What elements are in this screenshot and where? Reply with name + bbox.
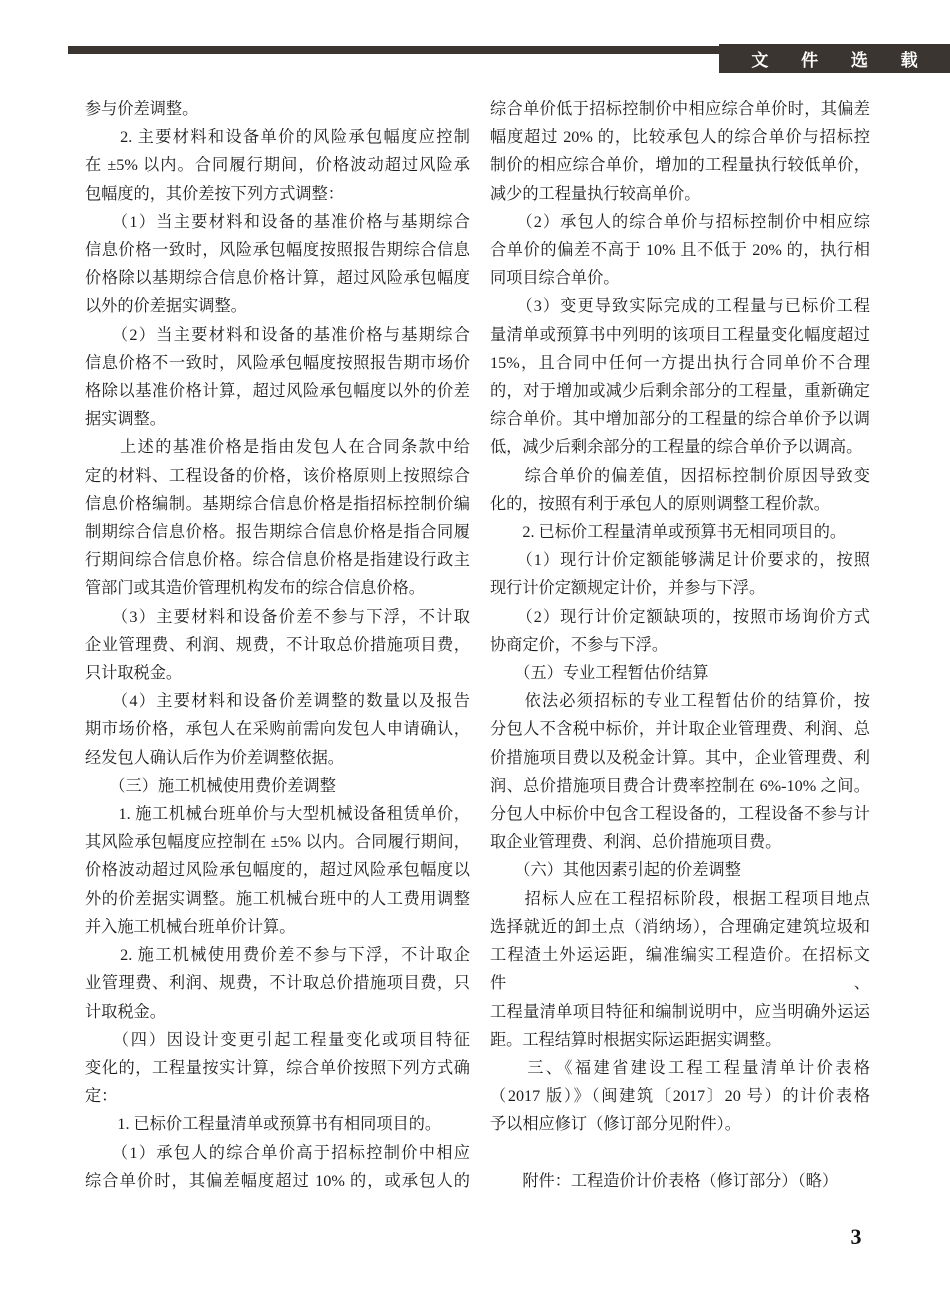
text-line: 工程渣土外运运距，编准编实工程造价。在招标文件、 [490,941,870,997]
text-line: 业管理费、利润、规费，不计取总价措施项目费，只 [85,969,470,997]
text-line: 并入施工机械台班单价计算。 [85,913,470,941]
text-line: 综合单价的偏差值，因招标控制价原因导致变 [490,462,870,490]
text-line: 据实调整。 [85,405,470,433]
text-line: （1）当主要材料和设备的基准价格与基期综合 [85,208,470,236]
text-line: 减少的工程量执行较高单价。 [490,180,870,208]
text-line: 低，减少后剩余部分的工程量的综合单价予以调高。 [490,433,870,461]
text-line: 附件：工程造价计价表格（修订部分）（略） [490,1167,870,1195]
text-line: 分包人中标价中包含工程设备的，工程设备不参与计 [490,800,870,828]
text-line: 合单价的偏差不高于 10% 且不低于 20% 的，执行相 [490,236,870,264]
text-line: 距。工程结算时根据实际运距据实调整。 [490,1026,870,1054]
text-line: （2）现行计价定额缺项的，按照市场询价方式 [490,603,870,631]
text-line: 予以相应修订（修订部分见附件）。 [490,1110,870,1138]
text-line: 变化的，工程量按实计算，综合单价按照下列方式确 [85,1054,470,1082]
text-line: 现行计价定额规定计价，并参与下浮。 [490,574,870,602]
text-line: 定的材料、工程设备的价格，该价格原则上按照综合 [85,462,470,490]
text-line: 包幅度的，其价差按下列方式调整： [85,180,470,208]
text-line: （2017 版）》（闽建筑〔2017〕20 号）的计价表格 [490,1082,870,1110]
text-line: 化的，按照有利于承包人的原则调整工程价款。 [490,490,870,518]
text-line: 信息价格编制。基期综合信息价格是指招标控制价编 [85,490,470,518]
text-line: 综合单价时，其偏差幅度超过 10% 的，或承包人的 [85,1167,470,1195]
text-line: 企业管理费、利润、规费，不计取总价措施项目费， [85,631,470,659]
text-line: （六）其他因素引起的价差调整 [490,856,870,884]
text-line: 工程量清单项目特征和编制说明中，应当明确外运运 [490,998,870,1026]
text-line: （2）当主要材料和设备的基准价格与基期综合 [85,321,470,349]
text-line: 信息价格不一致时，风险承包幅度按照报告期市场价 [85,349,470,377]
left-text-column: 参与价差调整。 2. 主要材料和设备单价的风险承包幅度应控制在 ±5% 以内。合… [85,95,470,1195]
text-line [490,1139,870,1167]
text-line: 定： [85,1082,470,1110]
text-line: 制期综合信息价格。报告期综合信息价格是指合同履 [85,518,470,546]
text-line: 1. 已标价工程量清单或预算书有相同项目的。 [85,1110,470,1138]
text-line: （1）承包人的综合单价高于招标控制价中相应 [85,1139,470,1167]
text-line: 依法必须招标的专业工程暂估价的结算价，按 [490,687,870,715]
text-line: （1）现行计价定额能够满足计价要求的，按照 [490,546,870,574]
header-section-label: 文 件 选 载 [751,46,931,71]
text-line: 综合单价。其中增加部分的工程量的综合单价予以调 [490,405,870,433]
text-line: 的，对于增加或减少后剩余部分的工程量，重新确定 [490,377,870,405]
text-line: 计取税金。 [85,998,470,1026]
text-line: 格除以基准价格计算，超过风险承包幅度以外的价差 [85,377,470,405]
text-line: （2）承包人的综合单价与招标控制价中相应综 [490,208,870,236]
text-line: 综合单价低于招标控制价中相应综合单价时，其偏差 [490,95,870,123]
text-line: 只计取税金。 [85,659,470,687]
text-line: 取企业管理费、利润、总价措施项目费。 [490,828,870,856]
text-line: 分包人不含税中标价，并计取企业管理费、利润、总 [490,715,870,743]
document-page: 文 件 选 载 参与价差调整。 2. 主要材料和设备单价的风险承包幅度应控制在 … [0,0,950,1290]
header-rule [68,46,719,54]
text-line: 外的价差据实调整。施工机械台班中的人工费用调整 [85,885,470,913]
text-line: 制价的相应综合单价，增加的工程量执行较低单价， [490,151,870,179]
text-line: （五）专业工程暂估价结算 [490,659,870,687]
text-line: 以外的价差据实调整。 [85,292,470,320]
text-line: 其风险承包幅度应控制在 ±5% 以内。合同履行期间， [85,828,470,856]
text-line: 参与价差调整。 [85,95,470,123]
text-line: 价格波动超过风险承包幅度的，超过风险承包幅度以 [85,856,470,884]
text-line: 经发包人确认后作为价差调整依据。 [85,744,470,772]
text-line: （四）因设计变更引起工程量变化或项目特征 [85,1026,470,1054]
text-line: 2. 主要材料和设备单价的风险承包幅度应控制 [85,123,470,151]
text-line: 2. 已标价工程量清单或预算书无相同项目的。 [490,518,870,546]
text-line: 期市场价格，承包人在采购前需向发包人申请确认， [85,715,470,743]
text-line: （3）变更导致实际完成的工程量与已标价工程 [490,292,870,320]
text-line: 上述的基准价格是指由发包人在合同条款中给 [85,433,470,461]
page-number: 3 [838,1224,874,1250]
text-line: 15%，且合同中任何一方提出执行合同单价不合理 [490,349,870,377]
text-line: 量清单或预算书中列明的该项目工程量变化幅度超过 [490,321,870,349]
right-text-column: 综合单价低于招标控制价中相应综合单价时，其偏差幅度超过 20% 的，比较承包人的… [490,95,870,1195]
text-line: 招标人应在工程招标阶段，根据工程项目地点 [490,885,870,913]
text-line: 信息价格一致时，风险承包幅度按照报告期综合信息 [85,236,470,264]
text-line: 价格除以基期综合信息价格计算，超过风险承包幅度 [85,264,470,292]
text-line: 行期间综合信息价格。综合信息价格是指建设行政主 [85,546,470,574]
text-line: 选择就近的卸土点（消纳场），合理确定建筑垃圾和 [490,913,870,941]
text-line: 同项目综合单价。 [490,264,870,292]
text-line: 价措施项目费以及税金计算。其中，企业管理费、利 [490,744,870,772]
text-line: （3）主要材料和设备价差不参与下浮，不计取 [85,603,470,631]
text-line: 在 ±5% 以内。合同履行期间，价格波动超过风险承 [85,151,470,179]
text-line: 协商定价，不参与下浮。 [490,631,870,659]
text-line: 三、《福建省建设工程工程量清单计价表格 [490,1054,870,1082]
text-line: （三）施工机械使用费价差调整 [85,772,470,800]
text-line: 管部门或其造价管理机构发布的综合信息价格。 [85,574,470,602]
text-line: 1. 施工机械台班单价与大型机械设备租赁单价， [85,800,470,828]
text-line: 幅度超过 20% 的，比较承包人的综合单价与招标控 [490,123,870,151]
text-line: 润、总价措施项目费合计费率控制在 6%-10% 之间。 [490,772,870,800]
text-line: 2. 施工机械使用费价差不参与下浮，不计取企 [85,941,470,969]
header-section-tab: 文 件 选 载 [719,44,950,73]
text-line: （4）主要材料和设备价差调整的数量以及报告 [85,687,470,715]
